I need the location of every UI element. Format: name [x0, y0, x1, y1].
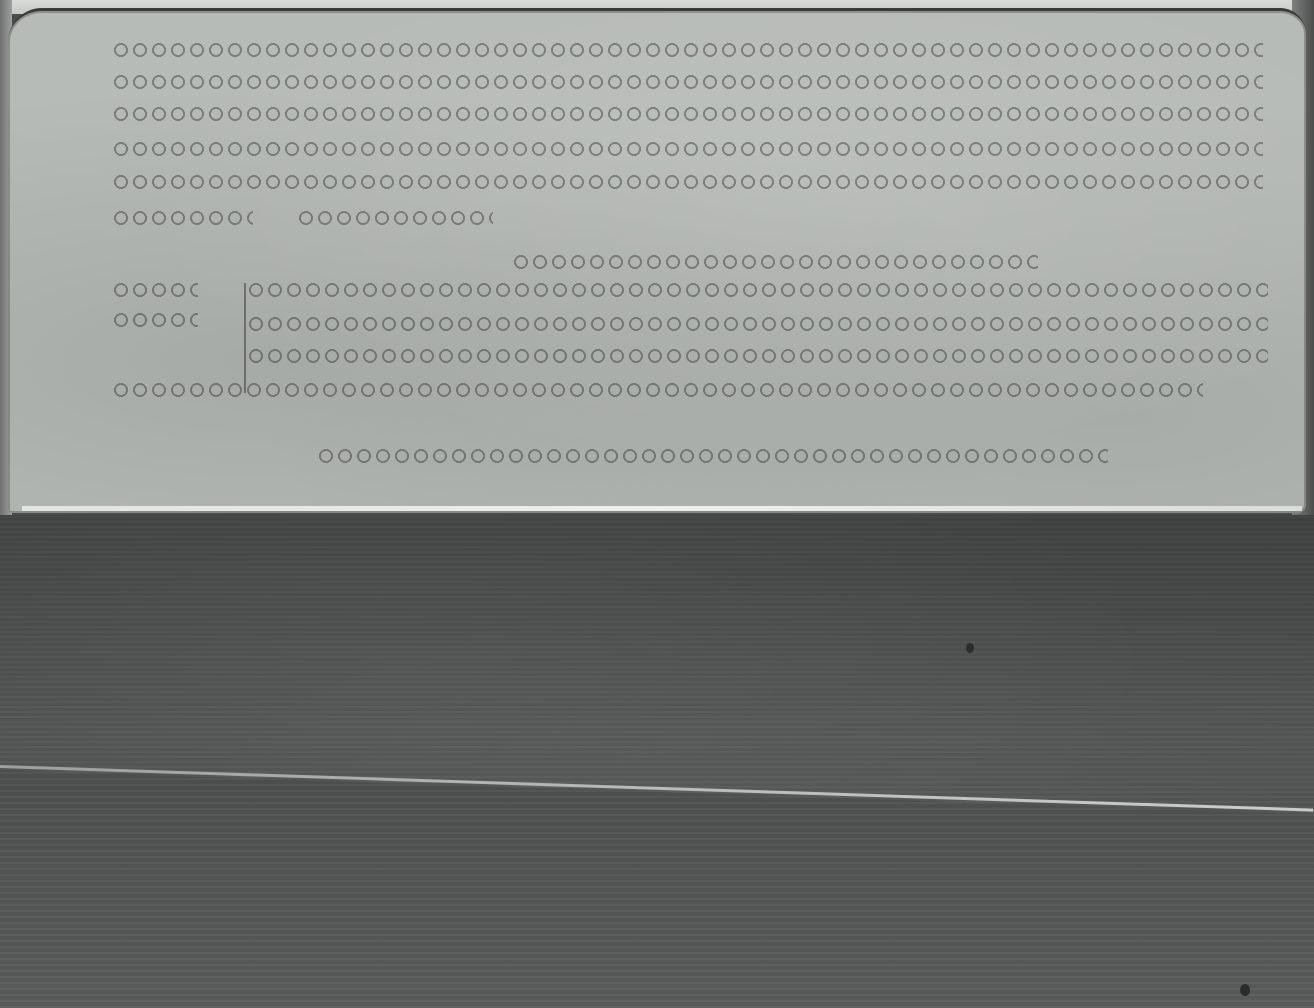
inscription-line-end — [298, 207, 493, 229]
surface-blemish — [966, 643, 974, 653]
inscription-line — [113, 39, 1263, 61]
inscription-line — [248, 279, 1268, 301]
inscription-line — [113, 71, 1263, 93]
inscribed-stone-slab: Script is hand-carved and worn; characte… — [8, 8, 1306, 513]
inscription-line — [248, 313, 1268, 335]
inscription-line — [113, 207, 253, 229]
side-label-divider — [244, 283, 246, 393]
inscription-line — [248, 345, 1268, 367]
inscription-line — [113, 171, 1263, 193]
inscription-line — [113, 103, 1263, 125]
inscription-side-label — [113, 309, 198, 331]
inscription-line — [113, 138, 1263, 160]
inscription-legibility-note: Script is hand-carved and worn; characte… — [20, 492, 399, 505]
inscription-area: Script is hand-carved and worn; characte… — [8, 11, 1306, 513]
slab-bottom-edge-highlight — [22, 506, 1302, 511]
inscription-subheading — [513, 251, 1038, 273]
inscription-side-label — [113, 279, 198, 301]
inscription-closing-line — [318, 445, 1108, 467]
inscription-line — [113, 379, 1203, 401]
surface-blemish — [1240, 984, 1250, 996]
